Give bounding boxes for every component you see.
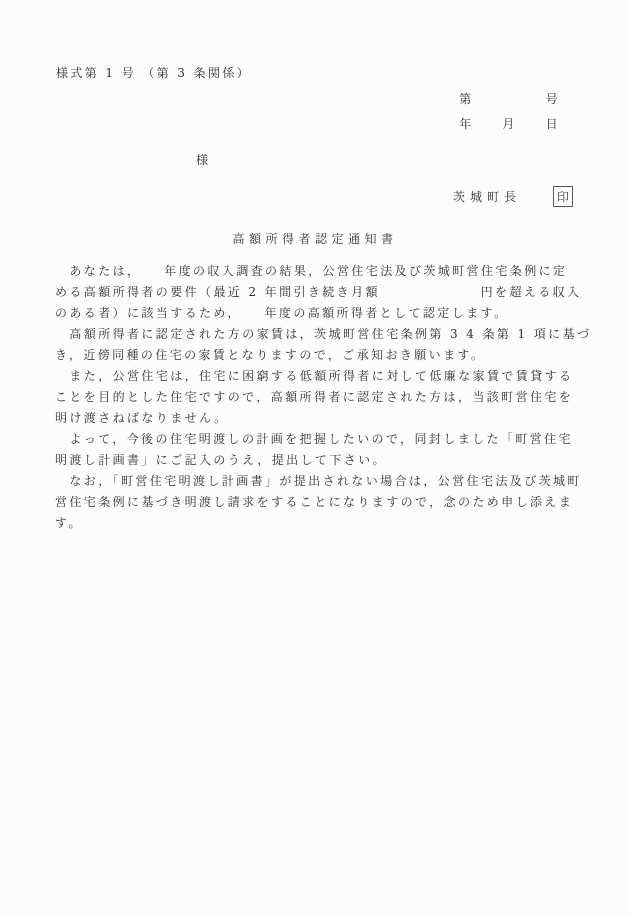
body-line: 営住宅条例に基づき明渡し請求をすることになりますので，念のため申し添えま [55, 492, 595, 513]
form-number: 様式第 1 号 （第 3 条関係） [56, 64, 251, 81]
body-line: また，公営住宅は，住宅に困窮する低額所得者に対して低廉な家賃で賃貸する [55, 366, 595, 387]
sender-row: 茨城町長 印 [453, 186, 573, 207]
date-line: 年 月 日 [459, 115, 560, 132]
document-body: あなたは， 年度の収入調査の結果，公営住宅法及び茨城町営住宅条例に定 める高額所… [55, 261, 595, 534]
body-line: なお，「町営住宅明渡し計画書」が提出されない場合は，公営住宅法及び茨城町 [55, 471, 595, 492]
addressee-suffix: 様 [196, 151, 210, 168]
sender-title: 茨城町長 [453, 188, 521, 205]
body-line: あなたは， 年度の収入調査の結果，公営住宅法及び茨城町営住宅条例に定 [55, 261, 595, 282]
body-line: よって，今後の住宅明渡しの計画を把握したいので，同封しました「町営住宅 [55, 429, 595, 450]
body-line: ことを目的とした住宅ですので，高額所得者に認定された方は，当該町営住宅を [55, 387, 595, 408]
body-line: 高額所得者に認定された方の家賃は，茨城町営住宅条例第 3 4 条第 1 項に基づ [55, 324, 595, 345]
body-line: める高額所得者の要件（最近 2 年間引き続き月額 円を超える収入 [55, 282, 595, 303]
body-line: 明渡し計画書」にご記入のうえ，提出して下さい。 [55, 450, 595, 471]
document-page: 様式第 1 号 （第 3 条関係） 第 号 年 月 日 様 茨城町長 印 高額所… [0, 0, 630, 915]
body-line: す。 [55, 513, 595, 534]
document-number-line: 第 号 [459, 90, 560, 107]
seal-stamp-icon: 印 [553, 186, 573, 207]
body-line: のある者）に該当するため， 年度の高額所得者として認定します。 [55, 303, 595, 324]
body-line: 明け渡さねばなりません。 [55, 408, 595, 429]
document-title: 高額所得者認定通知書 [0, 230, 630, 247]
body-line: き，近傍同種の住宅の家賃となりますので，ご承知おき願います。 [55, 345, 595, 366]
